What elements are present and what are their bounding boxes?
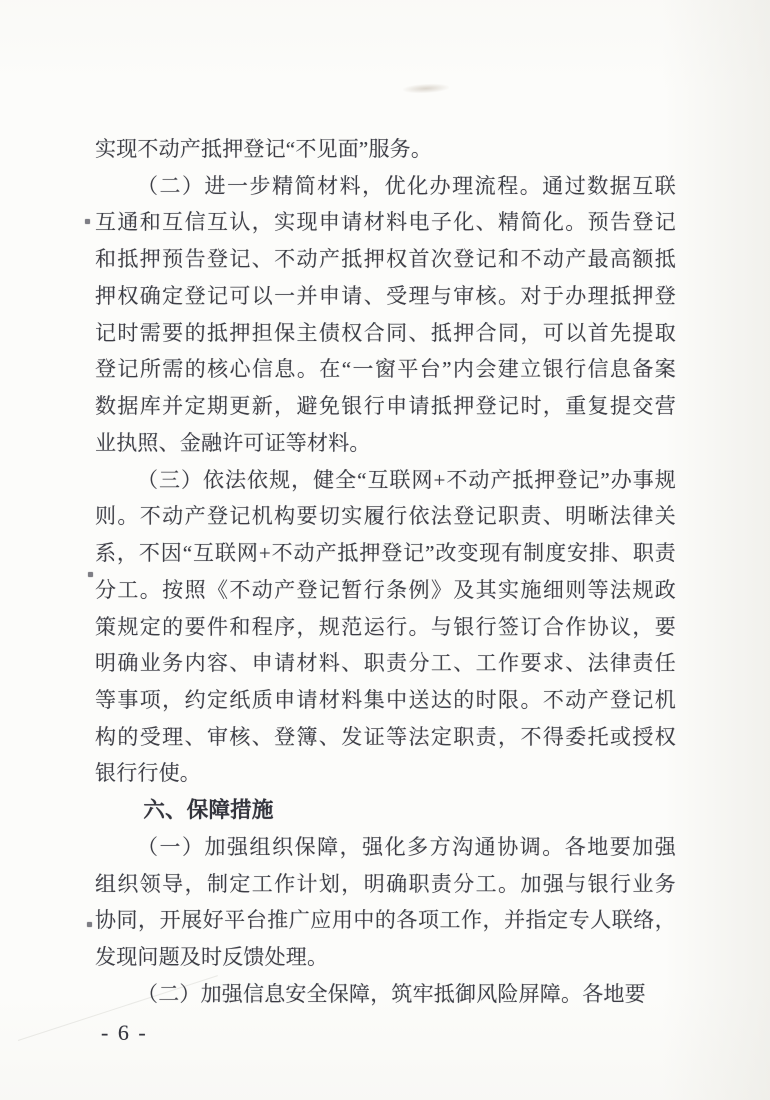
section-heading: 六、保障措施 bbox=[95, 792, 676, 829]
body-line: 分工。按照《不动产登记暂行条例》及其实施细则等法规政 bbox=[95, 572, 676, 609]
body-line: （二）加强信息安全保障，筑牢抵御风险屏障。各地要 bbox=[95, 976, 676, 1013]
body-line: 构的受理、审核、登簿、发证等法定职责，不得委托或授权 bbox=[95, 719, 676, 756]
body-line: 登记所需的核心信息。在“一窗平台”内会建立银行信息备案 bbox=[95, 351, 676, 388]
scanned-document-page: 实现不动产抵押登记“不见面”服务。（二）进一步精简材料，优化办理流程。通过数据互… bbox=[0, 0, 770, 1100]
document-body: 实现不动产抵押登记“不见面”服务。（二）进一步精简材料，优化办理流程。通过数据互… bbox=[95, 131, 676, 1013]
body-line: （一）加强组织保障，强化多方沟通协调。各地要加强 bbox=[95, 829, 676, 866]
body-line: 和抵押预告登记、不动产抵押权首次登记和不动产最高额抵 bbox=[95, 241, 676, 278]
scan-speck bbox=[88, 572, 93, 577]
body-line: （二）进一步精简材料，优化办理流程。通过数据互联 bbox=[95, 168, 676, 205]
body-line: 互通和互信互认，实现申请材料电子化、精简化。预告登记 bbox=[95, 204, 676, 241]
body-line: 银行行使。 bbox=[95, 755, 676, 792]
body-line: 协同，开展好平台推广应用中的各项工作，并指定专人联络， bbox=[95, 902, 676, 939]
body-line: 数据库并定期更新，避免银行申请抵押登记时，重复提交营 bbox=[95, 388, 676, 425]
scan-smudge bbox=[403, 83, 449, 94]
page-number: - 6 - bbox=[101, 1020, 148, 1046]
body-line: 实现不动产抵押登记“不见面”服务。 bbox=[95, 131, 676, 168]
body-line: 业执照、金融许可证等材料。 bbox=[95, 425, 676, 462]
body-line: 押权确定登记可以一并申请、受理与审核。对于办理抵押登 bbox=[95, 278, 676, 315]
body-line: （三）依法依规，健全“互联网+不动产抵押登记”办事规 bbox=[95, 462, 676, 499]
body-line: 明确业务内容、申请材料、职责分工、工作要求、法律责任 bbox=[95, 645, 676, 682]
body-line: 策规定的要件和程序，规范运行。与银行签订合作协议，要 bbox=[95, 609, 676, 646]
body-line: 记时需要的抵押担保主债权合同、抵押合同，可以首先提取 bbox=[95, 315, 676, 352]
body-line: 发现问题及时反馈处理。 bbox=[95, 939, 676, 976]
body-line: 组织领导，制定工作计划，明确职责分工。加强与银行业务 bbox=[95, 866, 676, 903]
body-line: 系，不因“互联网+不动产抵押登记”改变现有制度安排、职责 bbox=[95, 535, 676, 572]
body-line: 等事项，约定纸质申请材料集中送达的时限。不动产登记机 bbox=[95, 682, 676, 719]
body-line: 则。不动产登记机构要切实履行依法登记职责、明晰法律关 bbox=[95, 498, 676, 535]
scan-speck bbox=[85, 219, 90, 224]
scan-speck bbox=[87, 922, 92, 927]
